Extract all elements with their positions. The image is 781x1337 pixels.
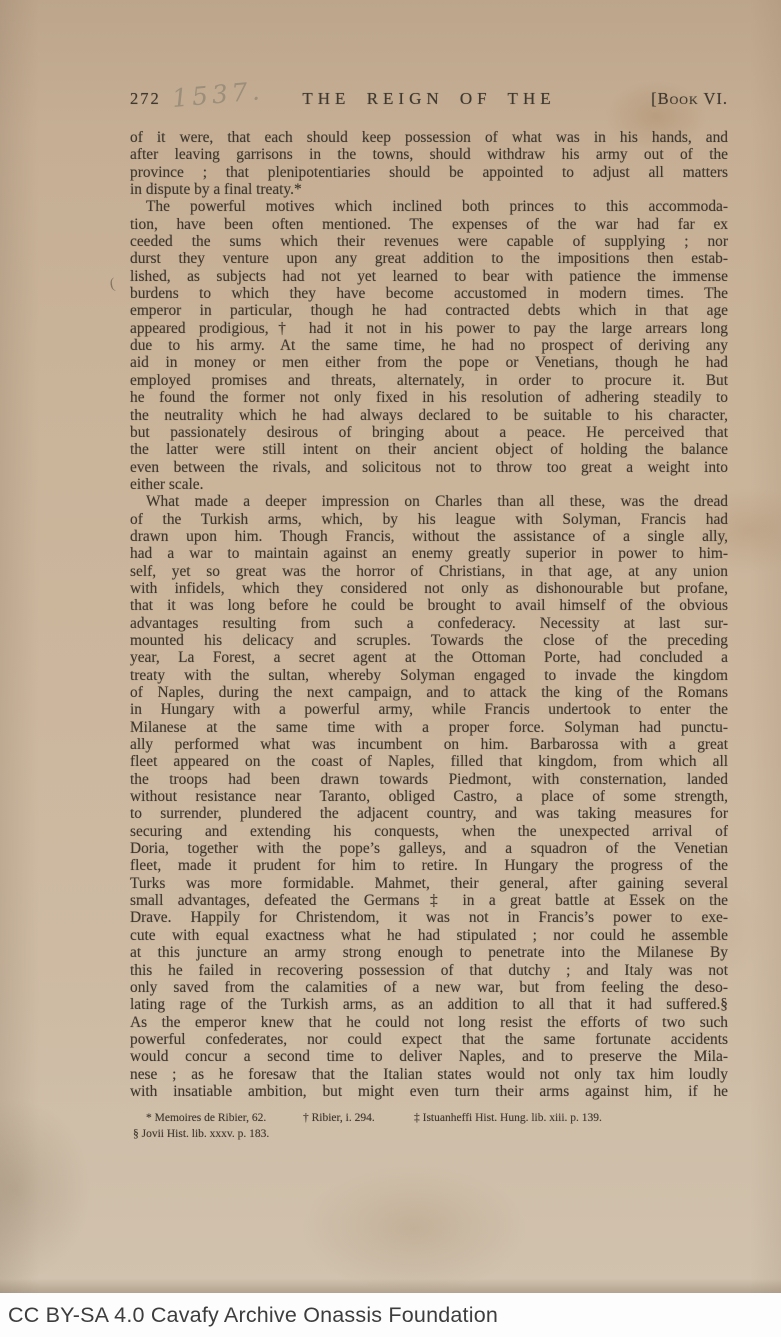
text-line: to surrender, plundered the adjacent cou… [130,805,728,822]
paragraph: of it were, that each should keep posses… [130,129,728,198]
text-line: lished, as subjects had not yet learned … [130,268,728,285]
text-line: small advantages, defeated the Germans‡ … [130,892,728,909]
running-title: THE REIGN OF THE [302,89,555,109]
text-line: of the Turkish arms, which, by his leagu… [130,511,728,528]
text-line: the latter were still intent on their an… [130,441,728,458]
text-line: tion, have been often mentioned. The exp… [130,216,728,233]
footnote-memoires: * Memoires de Ribier, 62. [146,1111,303,1127]
text-line: Doria, together with the pope’s galleys,… [130,840,728,857]
margin-pencil-mark: ( [109,276,116,294]
book-volume-label: [Book VI. [651,89,728,109]
text-line: the neutrality which he had always decla… [130,407,728,424]
text-line: with infidels, which they considered not… [130,580,728,597]
text-line: self, yet so great was the horror of Chr… [130,563,728,580]
text-line: mounted his delicacy and scruples. Towar… [130,632,728,649]
text-line: without resistance near Taranto, obliged… [130,788,728,805]
text-line: even between the rivals, and solicitous … [130,459,728,476]
text-line: of Naples, during the next campaign, and… [130,684,728,701]
text-line: in dispute by a final treaty.* [130,181,728,198]
text-line: due to his army. At the same time, he ha… [130,337,728,354]
text-line: ally performed what was incumbent on him… [130,736,728,753]
text-line: after leaving garrisons in the towns, sh… [130,146,728,163]
paragraph: The powerful motives which inclined both… [130,198,728,493]
text-line: treaty with the sultan, whereby Solyman … [130,667,728,684]
book-page-scan: 272 THE REIGN OF THE [Book VI. 1537. ( o… [0,0,781,1293]
footnote-ribier: † Ribier, i. 294. [303,1111,414,1127]
text-line: drawn upon him. Though Francis, without … [130,528,728,545]
text-line: Turks was more formidable. Mahmet, their… [130,875,728,892]
text-line: province ; that plenipotentiaries should… [130,164,728,181]
text-line: fleet appeared on the coast of Naples, f… [130,753,728,770]
page-content: 272 THE REIGN OF THE [Book VI. 1537. ( o… [0,0,781,1293]
text-line: burdens to which they have become accust… [130,285,728,302]
text-line: year, La Forest, a secret agent at the O… [130,649,728,666]
license-caption: CC BY-SA 4.0 Cavafy Archive Onassis Foun… [0,1303,498,1328]
text-line: employed promises and threats, alternate… [130,372,728,389]
text-line: the troops had been drawn towards Piedmo… [130,771,728,788]
text-line: powerful confederates, nor could expect … [130,1031,728,1048]
screenshot-root: 272 THE REIGN OF THE [Book VI. 1537. ( o… [0,0,781,1337]
text-line: but passionately desirous of bringing ab… [130,424,728,441]
text-line: Milanese at the same time with a proper … [130,719,728,736]
text-line: lating rage of the Turkish arms, as an a… [130,996,728,1013]
page-number: 272 [130,89,161,109]
footnote-istuanheffi: ‡ Istuanheffi Hist. Hung. lib. xiii. p. … [414,1111,602,1127]
text-line: The powerful motives which inclined both… [130,198,728,215]
text-line: aid in money or men either from the pope… [130,354,728,371]
text-line: What made a deeper impression on Charles… [130,493,728,510]
text-line: that it was long before he could be brou… [130,597,728,614]
paragraph: What made a deeper impression on Charles… [130,493,728,1100]
text-line: advantages resulting from such a confede… [130,615,728,632]
text-line: ceeded the sums which their revenues wer… [130,233,728,250]
text-line: emperor in particular, though he had con… [130,302,728,319]
text-line: cute with equal exactness what he had st… [130,927,728,944]
text-line: nese ; as he foresaw that the Italian st… [130,1066,728,1083]
text-line: As the emperor knew that he could not lo… [130,1014,728,1031]
text-line: would concur a second time to deliver Na… [130,1048,728,1065]
footnotes: * Memoires de Ribier, 62. † Ribier, i. 2… [133,1111,729,1142]
text-line: he found the former not only fixed in hi… [130,389,728,406]
footnote-jovii: § Jovii Hist. lib. xxxv. p. 183. [133,1127,729,1143]
text-line: securing and extending his conquests, wh… [130,823,728,840]
footnote-row: * Memoires de Ribier, 62. † Ribier, i. 2… [146,1111,729,1127]
text-line: had a war to maintain against an enemy g… [130,545,728,562]
text-line: this he failed in recovering possession … [130,962,728,979]
license-caption-bar: CC BY-SA 4.0 Cavafy Archive Onassis Foun… [0,1293,781,1337]
text-line: of it were, that each should keep posses… [130,129,728,146]
text-line: with insatiable ambition, but might even… [130,1083,728,1100]
text-line: either scale. [130,476,728,493]
text-line: in Hungary with a powerful army, while F… [130,701,728,718]
text-line: appeared prodigious,† had it not in his … [130,320,728,337]
text-line: only saved from the calamities of a new … [130,979,728,996]
text-line: fleet, made it prudent for him to retire… [130,857,728,874]
text-line: durst they venture upon any great additi… [130,250,728,267]
text-line: Drave. Happily for Christendom, it was n… [130,909,728,926]
body-text: of it were, that each should keep posses… [130,129,728,1100]
text-line: at this juncture an army strong enough t… [130,944,728,961]
